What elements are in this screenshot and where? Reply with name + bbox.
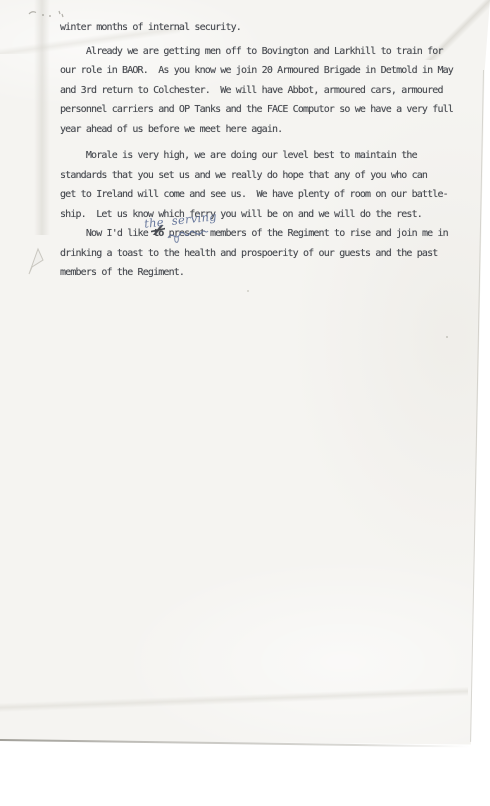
typed-text-block: winter months of internal security. Alre… [60,18,470,283]
typed-line: our role in BAOR. As you know we join 20… [60,61,470,81]
typed-line: Morale is very high, we are doing our le… [60,146,470,166]
typed-line: winter months of internal security. [60,18,470,38]
typed-line: ship. Let us know which ferry you will b… [60,205,470,225]
paper-crease-left [34,0,50,235]
line-text: present [169,228,205,239]
typed-line: year ahead of us before we meet here aga… [60,120,470,140]
paper-speck [247,290,249,292]
typed-line: drinking a toast to the health and prosp… [60,244,470,264]
typed-line: get to Ireland will come and see us. We … [60,185,470,205]
paper-crease-bottom [0,686,468,712]
typed-line: Already we are getting men off to Boving… [60,42,470,62]
paper-speck [446,336,448,338]
line-text: members of the Regiment to rise and join… [205,228,448,239]
line-text: Now I'd like [60,228,153,239]
typed-line: standards that you set us and we really … [60,166,470,186]
typed-line: members of the Regiment. [60,263,470,283]
typed-line: and 3rd return to Colchester. We will ha… [60,81,470,101]
typed-line: personnel carriers and OP Tanks and the … [60,100,470,120]
typed-line-with-correction: Now I'd like to present members of the R… [60,224,470,244]
